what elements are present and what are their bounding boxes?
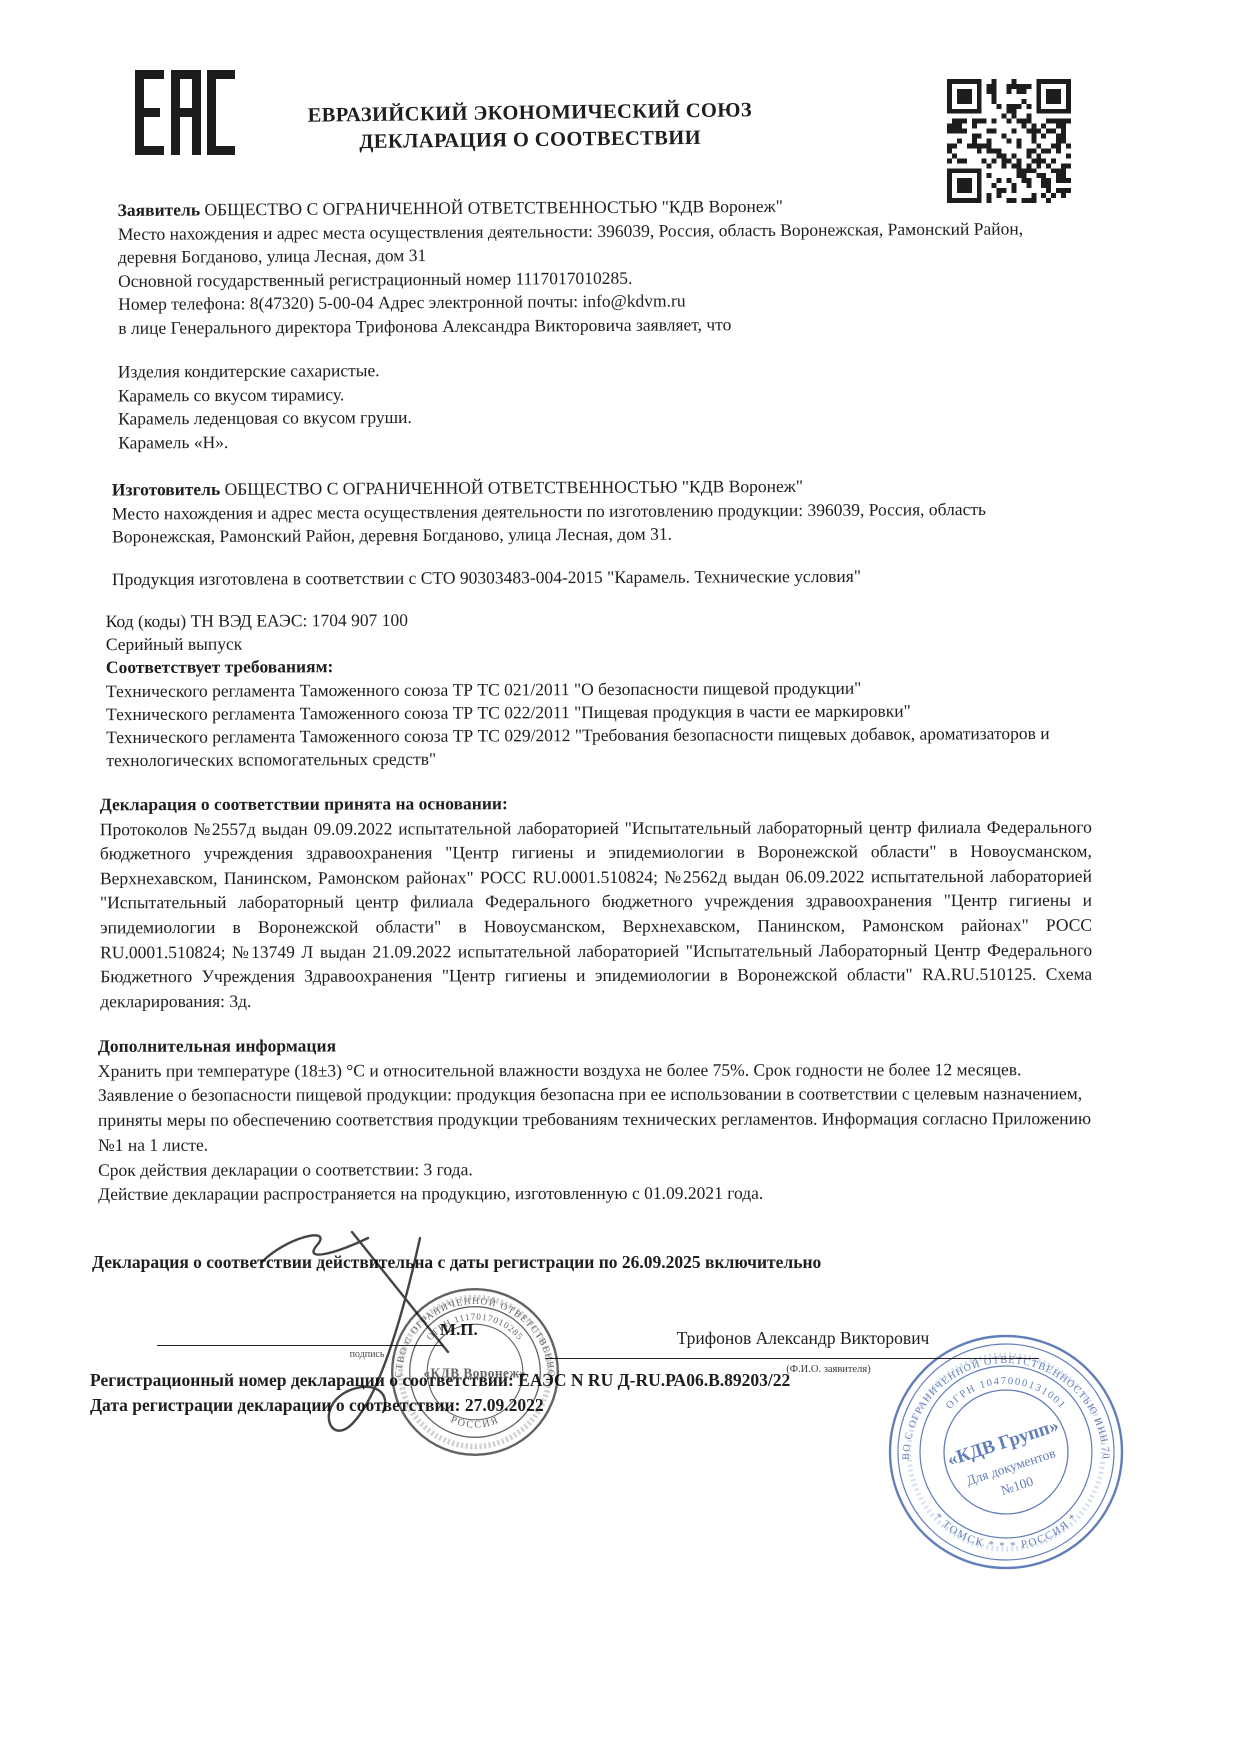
basis-label: Декларация о соответствии принята на осн… <box>100 790 1092 817</box>
blue-stamp-ogrn-text: ОГРН 1047000131001 <box>944 1376 1068 1412</box>
svg-text:ОГРН 1047000131001: ОГРН 1047000131001 <box>944 1376 1068 1412</box>
regulation-line: Технического регламента Таможенного союз… <box>106 722 1091 773</box>
applicant-section: Заявитель ОБЩЕСТВО С ОГРАНИЧЕННОЙ ОТВЕТС… <box>118 193 1081 340</box>
qr-code <box>947 76 1071 206</box>
applicant-address: Место нахождения и адрес места осуществл… <box>118 217 1080 270</box>
production-standard-line: Продукция изготовлена в соответствии с С… <box>112 564 1087 592</box>
codes-section: Код (коды) ТН ВЭД ЕАЭС: 1704 907 100 Сер… <box>106 606 1092 773</box>
declaration-document-page: ЕВРАЗИЙСКИЙ ЭКОНОМИЧЕСКИЙ СОЮЗ ДЕКЛАРАЦИ… <box>0 0 1240 1754</box>
manufacturer-name: ОБЩЕСТВО С ОГРАНИЧЕННОЙ ОТВЕТСТВЕННОСТЬЮ… <box>225 476 803 499</box>
eac-logo <box>135 70 235 155</box>
basis-text: Протоколов №2557д выдан 09.09.2022 испыт… <box>100 814 1093 1013</box>
applicant-name: ОБЩЕСТВО С ОГРАНИЧЕННОЙ ОТВЕТСТВЕННОСТЬЮ… <box>204 196 782 220</box>
applicant-label: Заявитель <box>118 199 201 220</box>
blue-stamp-center-number: №100 <box>999 1473 1035 1498</box>
black-round-stamp: ОБЩЕСТВО С ОГРАНИЧЕННОЙ ОТВЕТСТВЕННОСТЬЮ… <box>383 1280 567 1464</box>
document-title: ЕВРАЗИЙСКИЙ ЭКОНОМИЧЕСКИЙ СОЮЗ ДЕКЛАРАЦИ… <box>250 97 811 158</box>
products-section: Изделия кондитерские сахаристые. Карамел… <box>118 355 1078 454</box>
black-stamp-center-text: «КДВ Воронеж» <box>423 1366 526 1381</box>
manufacturer-section: Изготовитель ОБЩЕСТВО С ОГРАНИЧЕННОЙ ОТВ… <box>112 473 1080 549</box>
black-stamp-country-text: РОССИЯ <box>449 1414 501 1430</box>
manufacturer-label: Изготовитель <box>112 479 220 500</box>
validity-term-line: Срок действия декларации о соответствии:… <box>98 1156 1096 1182</box>
manufacturer-address: Место нахождения и адрес места осуществл… <box>112 497 1080 549</box>
blue-round-stamp: ОБЩЕСТВО С ОГРАНИЧЕННОЙ ОТВЕТСТВЕННОСТЬЮ… <box>886 1332 1126 1572</box>
basis-section: Декларация о соответствии принята на осн… <box>100 790 1093 1014</box>
svg-text:РОССИЯ: РОССИЯ <box>449 1414 501 1430</box>
additional-info-text: Хранить при температуре (18±3) °С и отно… <box>98 1057 1096 1158</box>
additional-info-label: Дополнительная информация <box>98 1032 1096 1058</box>
